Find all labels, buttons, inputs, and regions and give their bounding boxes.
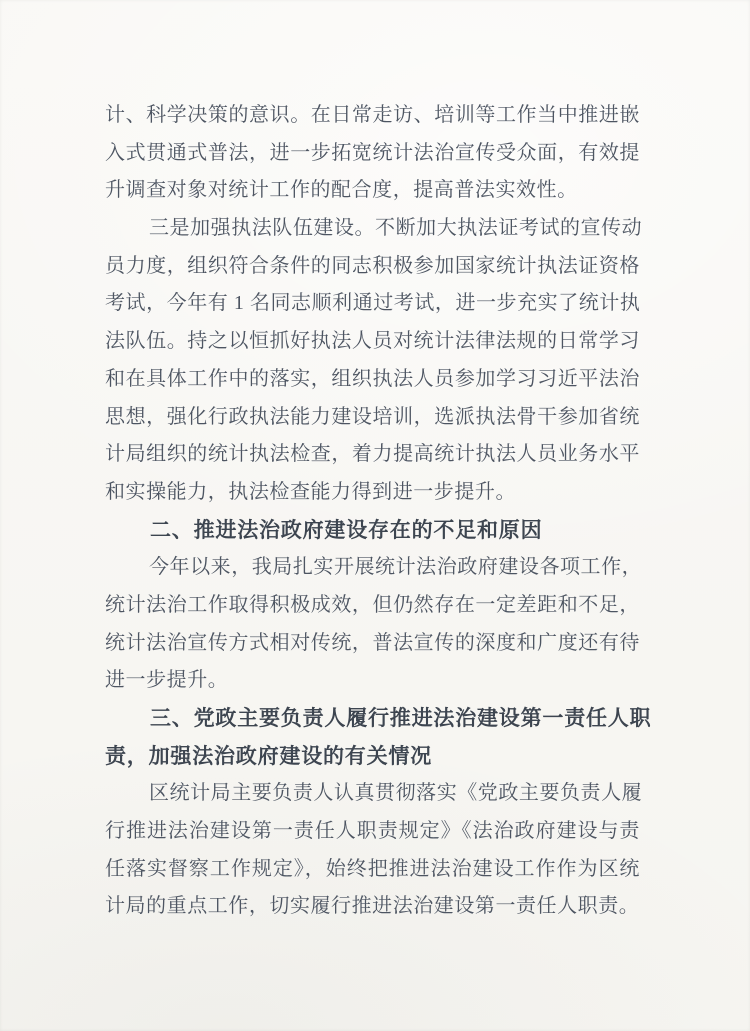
text-line: 任落实督察工作规定》，始终把推进法治建设工作作为区统 [105, 851, 640, 889]
text-line: 升调查对象对统计工作的配合度，提高普法实效性。 [105, 172, 640, 210]
paragraph: 区统计局主要负责人认真贯彻落实《党政主要负责人履行推进法治建设第一责任人职责规定… [105, 775, 640, 926]
text-line: 三是加强执法队伍建设。不断加大执法证考试的宣传动 [105, 210, 640, 248]
text-line: 法队伍。持之以恒抓好执法人员对统计法律法规的日常学习 [105, 323, 640, 361]
text-line: 员力度，组织符合条件的同志积极参加国家统计执法证资格 [105, 248, 640, 286]
text-line: 责，加强法治政府建设的有关情况 [105, 738, 640, 776]
text-line: 今年以来，我局扎实开展统计法治政府建设各项工作， [105, 549, 640, 587]
paragraph: 三是加强执法队伍建设。不断加大执法证考试的宣传动员力度，组织符合条件的同志积极参… [105, 210, 640, 512]
section-heading: 三、党政主要负责人履行推进法治建设第一责任人职责，加强法治政府建设的有关情况 [105, 700, 640, 775]
text-line: 三、党政主要负责人履行推进法治建设第一责任人职 [105, 700, 640, 738]
document-body: 计、科学决策的意识。在日常走访、培训等工作当中推进嵌入式贯通式普法，进一步拓宽统… [105, 97, 640, 926]
text-line: 思想，强化行政执法能力建设培训，选派执法骨干参加省统 [105, 399, 640, 437]
text-line: 计局组织的统计执法检查，着力提高统计执法人员业务水平 [105, 436, 640, 474]
text-line: 统计法治宣传方式相对传统，普法宣传的深度和广度还有待 [105, 625, 640, 663]
text-line: 入式贯通式普法，进一步拓宽统计法治宣传受众面，有效提 [105, 135, 640, 173]
text-line: 区统计局主要负责人认真贯彻落实《党政主要负责人履 [105, 775, 640, 813]
text-line: 和实操能力，执法检查能力得到进一步提升。 [105, 474, 640, 512]
paragraph: 今年以来，我局扎实开展统计法治政府建设各项工作，统计法治工作取得积极成效，但仍然… [105, 549, 640, 700]
text-line: 统计法治工作取得积极成效，但仍然存在一定差距和不足， [105, 587, 640, 625]
paragraph: 计、科学决策的意识。在日常走访、培训等工作当中推进嵌入式贯通式普法，进一步拓宽统… [105, 97, 640, 210]
text-line: 和在具体工作中的落实，组织执法人员参加学习习近平法治 [105, 361, 640, 399]
document-page: 计、科学决策的意识。在日常走访、培训等工作当中推进嵌入式贯通式普法，进一步拓宽统… [0, 0, 750, 1031]
text-line: 二、推进法治政府建设存在的不足和原因 [105, 512, 640, 550]
text-line: 进一步提升。 [105, 662, 640, 700]
section-heading: 二、推进法治政府建设存在的不足和原因 [105, 512, 640, 550]
text-line: 行推进法治建设第一责任人职责规定》《法治政府建设与责 [105, 813, 640, 851]
text-line: 计、科学决策的意识。在日常走访、培训等工作当中推进嵌 [105, 97, 640, 135]
text-line: 计局的重点工作，切实履行推进法治建设第一责任人职责。 [105, 888, 640, 926]
text-line: 考试，今年有 1 名同志顺利通过考试，进一步充实了统计执 [105, 285, 640, 323]
